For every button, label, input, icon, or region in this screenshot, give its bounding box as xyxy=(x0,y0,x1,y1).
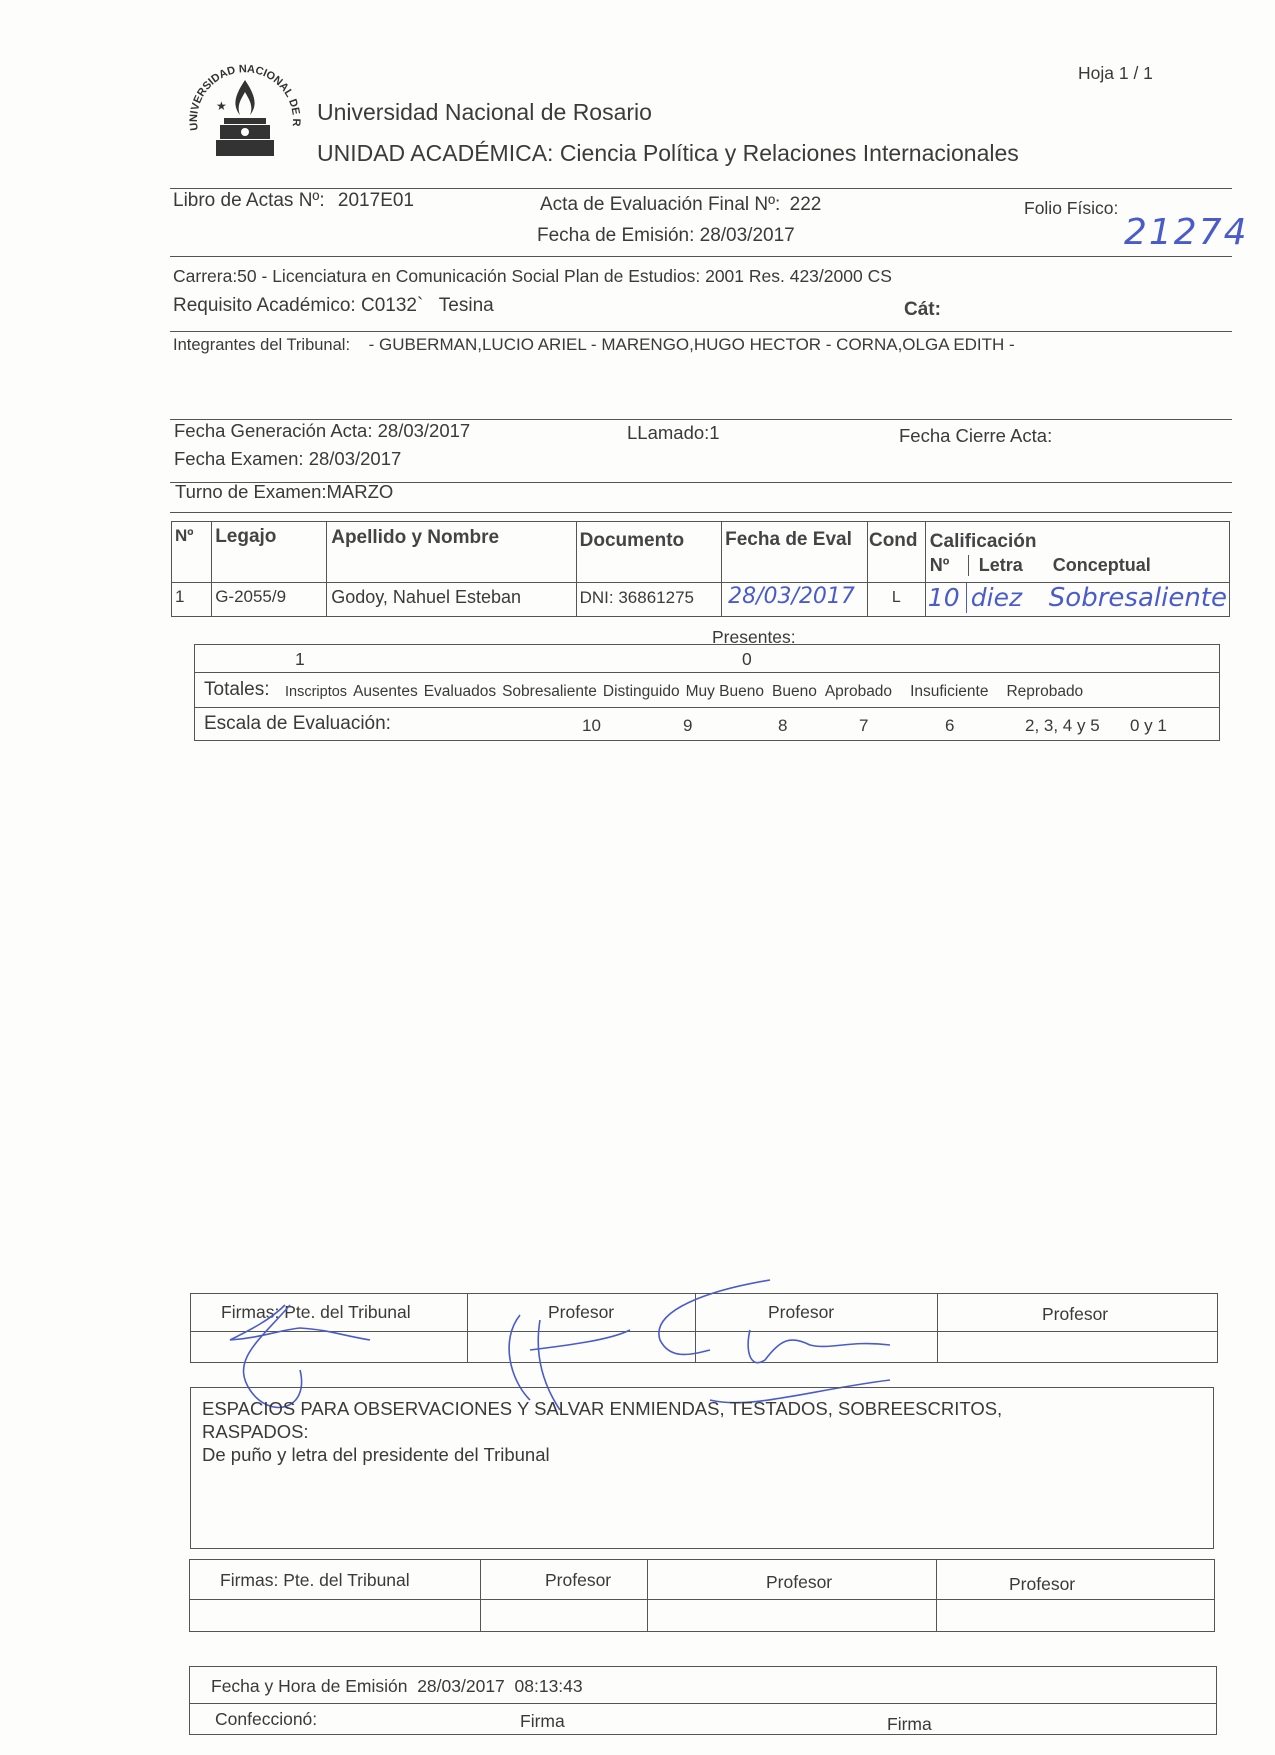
table-row: 1 G-2055/9 Godoy, Nahuel Esteban DNI: 36… xyxy=(172,583,1230,617)
escala-value: 9 xyxy=(683,716,692,736)
footer-box: Fecha y Hora de Emisión 28/03/2017 08:13… xyxy=(189,1666,1217,1735)
table-header: Nº Legajo Apellido y Nombre Documento Fe… xyxy=(172,522,1230,583)
libro-field: Libro de Actas Nº: 2017E01 xyxy=(173,190,414,212)
totals-column-label: Inscriptos xyxy=(285,684,347,700)
observations-box[interactable]: ESPACIOS PARA OBSERVACIONES Y SALVAR ENM… xyxy=(190,1387,1214,1549)
acta-field: Acta de Evaluación Final Nº: 222 xyxy=(540,194,821,216)
row-nota-conceptual: Sobresaliente xyxy=(1049,583,1227,613)
sig2-label-profesor-3: Profesor xyxy=(937,1560,1214,1595)
row-cond: L xyxy=(868,583,925,613)
totals-labels-row: Totales: InscriptosAusentesEvaluadosSobr… xyxy=(195,673,1219,708)
header-nombre: Apellido y Nombre xyxy=(327,522,575,554)
header-documento: Documento xyxy=(577,522,722,560)
calificacion-subheaders: Nº Letra Conceptual xyxy=(926,553,1229,578)
totals-column-label: Bueno xyxy=(772,683,817,700)
escala-value: 6 xyxy=(945,716,954,736)
escala-value: 7 xyxy=(859,716,868,736)
header-calif-conceptual: Conceptual xyxy=(1053,555,1151,576)
folio-handwritten: 21274 xyxy=(1124,212,1249,253)
firma-label-1: Firma xyxy=(520,1711,565,1732)
signatures-table-2: Firmas: Pte. del Tribunal Profesor Profe… xyxy=(189,1559,1215,1632)
sig2-box-profesor-1[interactable] xyxy=(481,1600,648,1632)
students-table: Nº Legajo Apellido y Nombre Documento Fe… xyxy=(171,521,1230,617)
fecha-generacion: Fecha Generación Acta: 28/03/2017 xyxy=(174,420,470,442)
totals-column-label: Reprobado xyxy=(1006,683,1083,700)
row-num: 1 xyxy=(172,583,211,611)
row-documento: DNI: 36861275 xyxy=(577,583,722,613)
divider xyxy=(170,512,1232,513)
observations-title-2: RASPADOS: xyxy=(202,1421,309,1443)
header-fecha: Fecha de Eval xyxy=(722,522,867,558)
sig2-box-profesor-3[interactable] xyxy=(937,1600,1215,1632)
divider xyxy=(170,256,1232,257)
escala-label: Escala de Evaluación: xyxy=(204,713,391,735)
sheet-number: Hoja 1 / 1 xyxy=(1078,63,1153,84)
sig2-box-profesor-2[interactable] xyxy=(648,1600,937,1632)
totals-values-row: 1 0 xyxy=(195,645,1219,673)
tribunal-members: - GUBERMAN,LUCIO ARIEL - MARENGO,HUGO HE… xyxy=(369,335,1015,354)
totals-column-label: Insuficiente xyxy=(910,683,988,700)
academic-unit: UNIDAD ACADÉMICA: Ciencia Política y Rel… xyxy=(317,140,1019,167)
carrera: Carrera:50 - Licenciatura en Comunicació… xyxy=(173,266,892,287)
fecha-emision: Fecha de Emisión: 28/03/2017 xyxy=(537,225,795,247)
totals-column-label: Aprobado xyxy=(825,683,892,700)
acta-value: 222 xyxy=(790,194,822,215)
totals-box: 1 0 Totales: InscriptosAusentesEvaluados… xyxy=(194,644,1220,741)
requisito: Requisito Académico: C0132` Tesina xyxy=(173,295,494,317)
svg-text:★: ★ xyxy=(216,99,227,113)
llamado: LLamado:1 xyxy=(627,422,720,444)
turno: Turno de Examen:MARZO xyxy=(175,481,393,503)
cat-label: Cát: xyxy=(904,299,941,321)
totals-column-label: Distinguido xyxy=(603,683,680,700)
row-nombre: Godoy, Nahuel Esteban xyxy=(327,583,575,612)
tribunal: Integrantes del Tribunal: - GUBERMAN,LUC… xyxy=(173,335,1015,355)
observations-note: De puño y letra del presidente del Tribu… xyxy=(202,1444,550,1466)
header-legajo: Legajo xyxy=(212,522,326,552)
ausentes-value: 0 xyxy=(742,649,752,670)
folio-label: Folio Físico: xyxy=(1024,198,1118,219)
sig2-box-president[interactable] xyxy=(190,1600,481,1632)
header-calif-num: Nº xyxy=(930,555,969,576)
row-fecha-handwritten: 28/03/2017 xyxy=(722,583,867,610)
totals-column-label: Evaluados xyxy=(424,683,496,700)
escala-value: 0 y 1 xyxy=(1130,716,1167,736)
row-calificacion: 10 diez Sobresaliente xyxy=(926,583,1229,613)
escala-value: 8 xyxy=(778,716,787,736)
row-nota-letra: diez xyxy=(971,583,1049,613)
divider xyxy=(170,188,1232,189)
totals-column-label: Muy Bueno xyxy=(686,683,764,700)
totals-column-label: Ausentes xyxy=(353,683,418,700)
header-calificacion: Calificación xyxy=(926,522,1229,553)
row-nota-num: 10 xyxy=(928,583,967,613)
fecha-cierre: Fecha Cierre Acta: xyxy=(899,425,1052,447)
confecciono-label: Confeccionó: xyxy=(215,1709,317,1730)
sig2-label-profesor-1: Profesor xyxy=(481,1560,647,1591)
acta-label: Acta de Evaluación Final Nº: xyxy=(540,194,780,215)
escala-value: 2, 3, 4 y 5 xyxy=(1025,716,1100,736)
fecha-examen: Fecha Examen: 28/03/2017 xyxy=(174,448,401,470)
escala-row: Escala de Evaluación: 1098762, 3, 4 y 50… xyxy=(195,708,1219,740)
firma-label-2: Firma xyxy=(887,1714,932,1735)
escala-value: 10 xyxy=(582,716,601,736)
observations-title: ESPACIOS PARA OBSERVACIONES Y SALVAR ENM… xyxy=(202,1398,1002,1420)
inscriptos-value: 1 xyxy=(295,649,305,670)
header-cond: Cond xyxy=(868,522,925,560)
totals-columns: InscriptosAusentesEvaluadosSobresaliente… xyxy=(285,683,1101,701)
tribunal-label: Integrantes del Tribunal: xyxy=(173,336,350,354)
divider xyxy=(170,331,1232,332)
libro-value: 2017E01 xyxy=(338,190,414,211)
university-seal-icon: UNIVERSIDAD NACIONAL DE ROSARIO ★ xyxy=(180,50,310,165)
totales-label: Totales: xyxy=(204,679,269,701)
header-calif-letra: Letra xyxy=(979,555,1053,576)
header-num: Nº xyxy=(172,522,211,550)
totals-column-label: Sobresaliente xyxy=(502,683,597,700)
libro-label: Libro de Actas Nº: xyxy=(173,190,325,211)
row-legajo: G-2055/9 xyxy=(212,583,326,611)
sig2-label-profesor-2: Profesor xyxy=(648,1560,936,1593)
emision-timestamp: Fecha y Hora de Emisión 28/03/2017 08:13… xyxy=(211,1676,583,1697)
sig2-label-president: Firmas: Pte. del Tribunal xyxy=(190,1560,480,1591)
university-name: Universidad Nacional de Rosario xyxy=(317,99,652,126)
